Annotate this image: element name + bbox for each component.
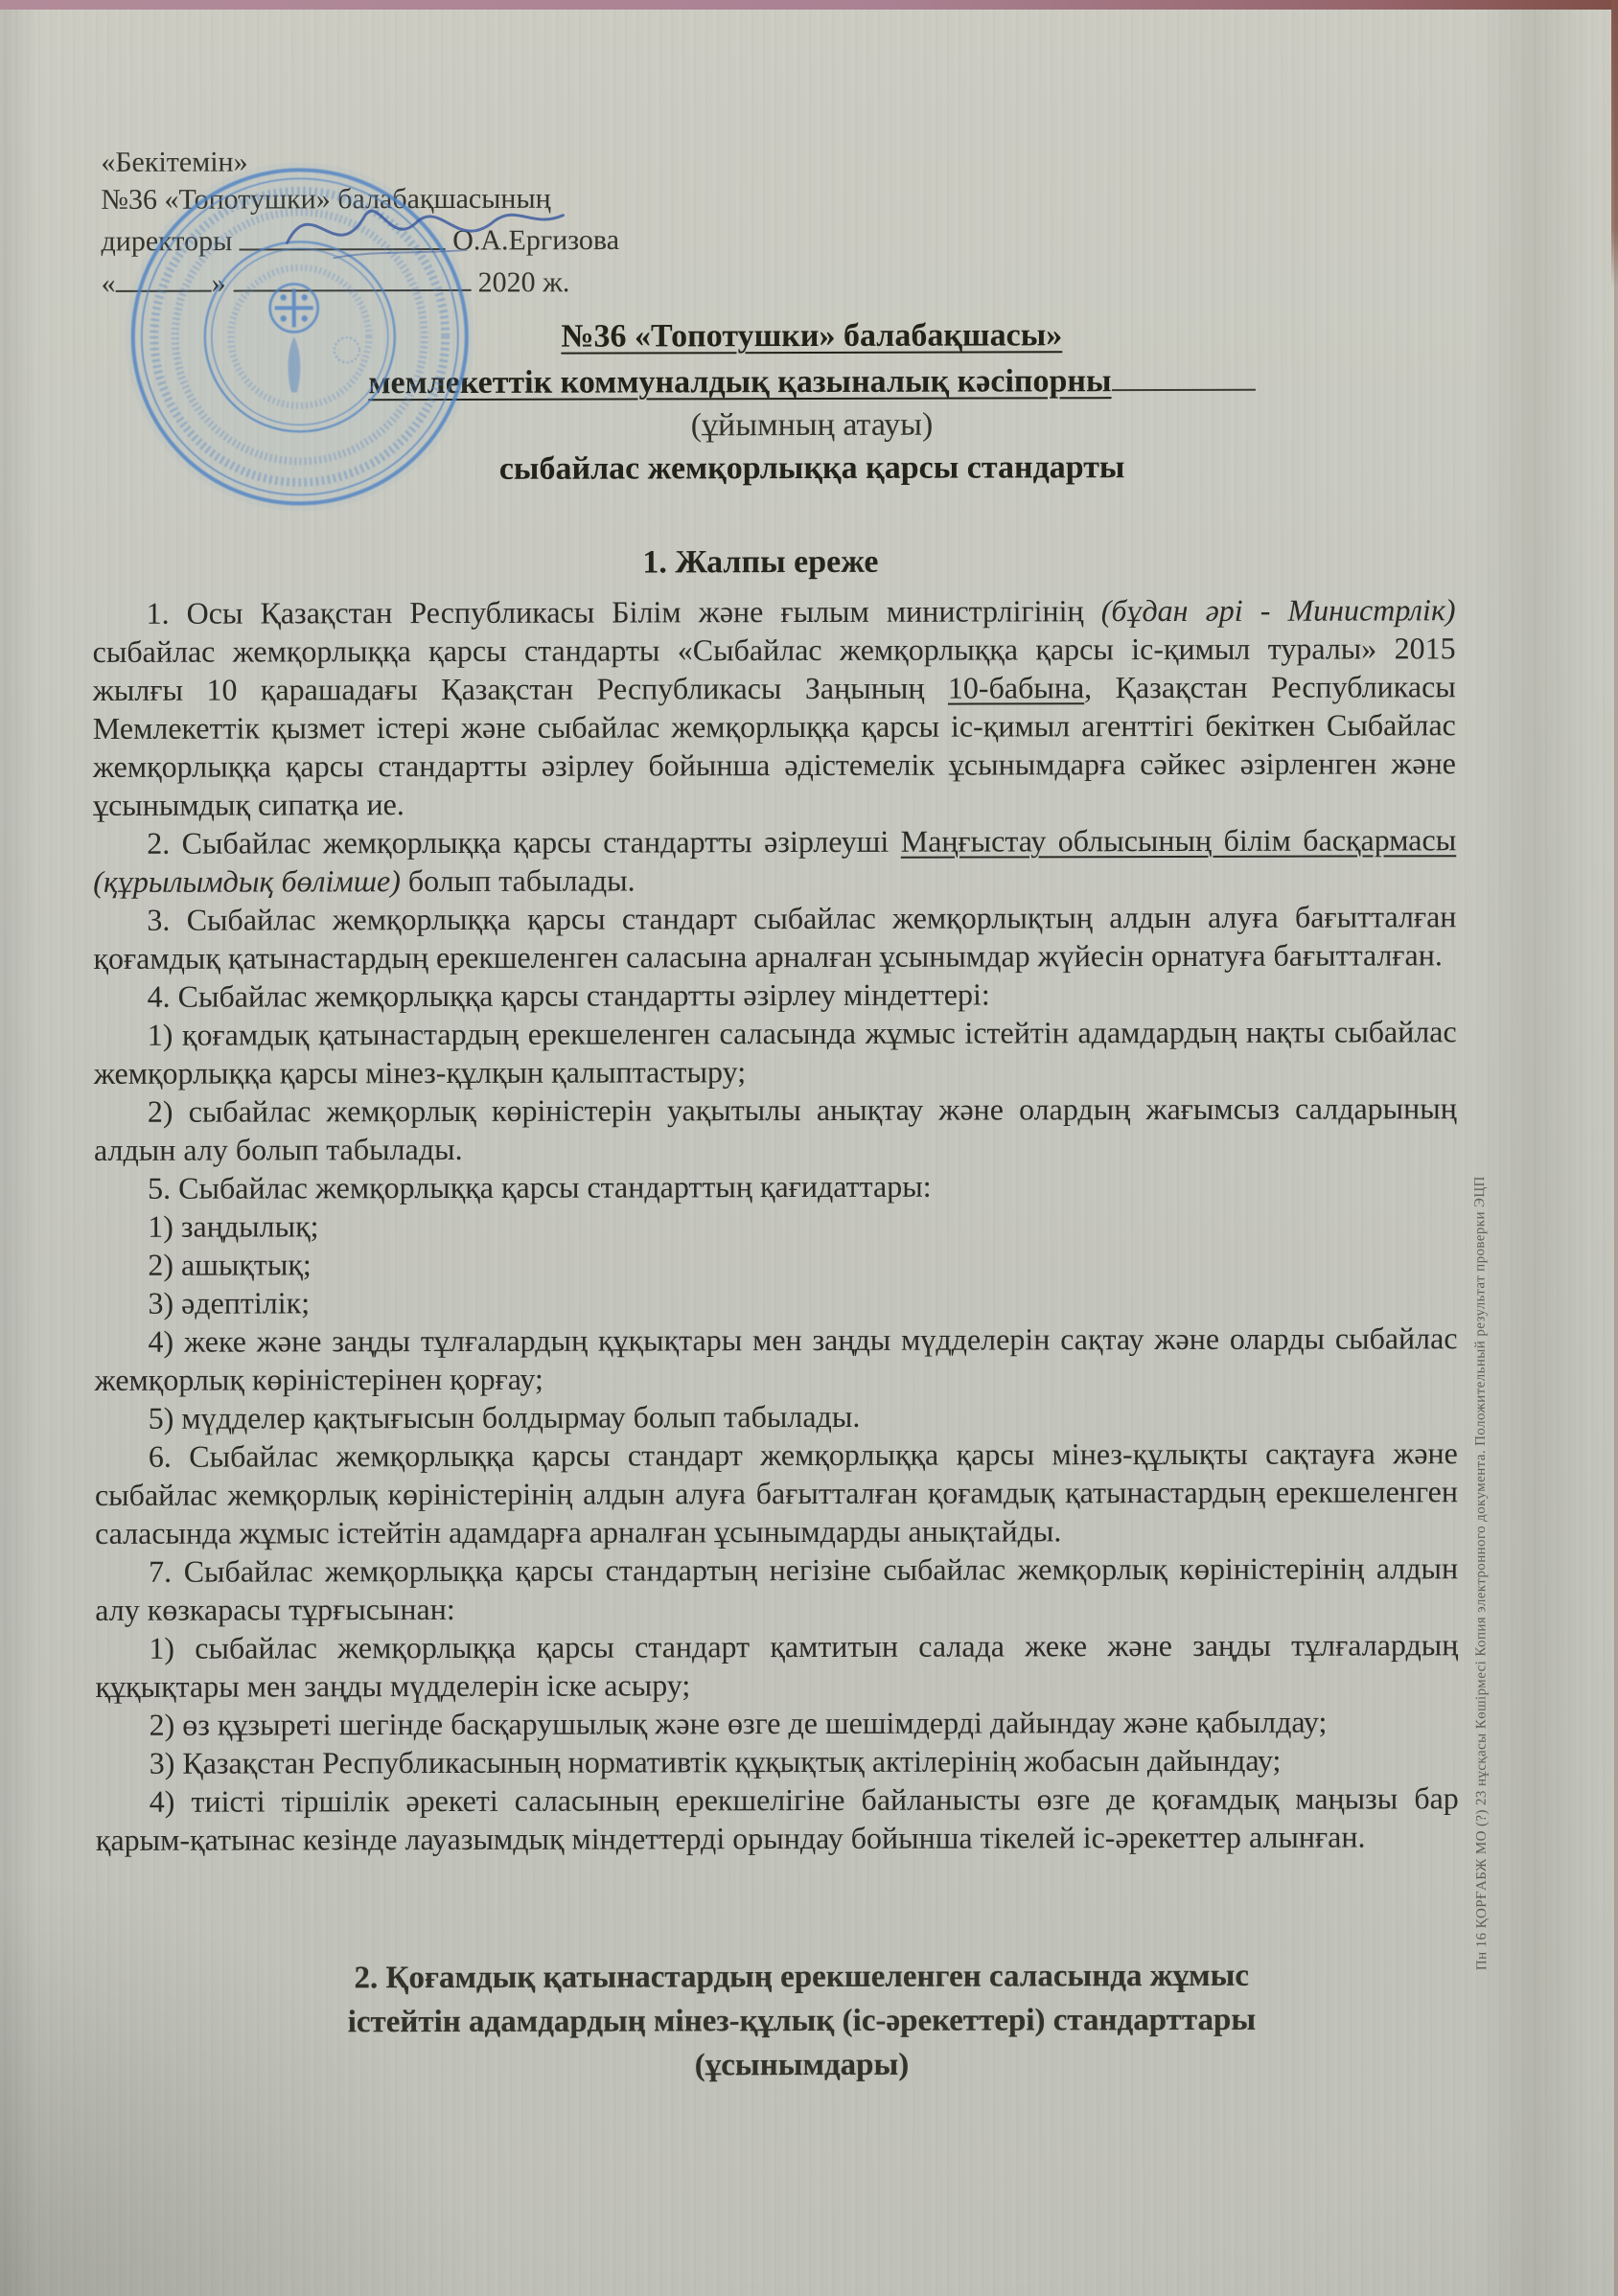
- paragraph-14: 7. Сыбайлас жемқорлыққа қарсы стандартың…: [95, 1549, 1458, 1629]
- text-segment: 10-бабына: [948, 670, 1084, 704]
- text-segment: 4. Сыбайлас жемқорлыққа қарсы стандартты…: [148, 977, 990, 1014]
- paragraph-11: 4) жеке және заңды тұлғалардың құқықтары…: [94, 1319, 1457, 1399]
- paragraph-18: 4) тиісті тіршілік әрекеті саласының ере…: [96, 1779, 1459, 1859]
- text-segment: 2. Сыбайлас жемқорлыққа қарсы стандартты…: [147, 824, 901, 861]
- text-segment: 1) сыбайлас жемқорлыққа қарсы стандарт қ…: [95, 1627, 1458, 1704]
- paragraph-12: 5) мүдделер қақтығысын болдырмау болып т…: [95, 1395, 1458, 1437]
- section2-heading-line-1: 2. Қоғамдық қатынастардың ерекшеленген с…: [184, 1953, 1419, 2000]
- approval-block: «Бекітемін» №36 «Топотушки» балабақшасын…: [101, 143, 619, 302]
- paragraph-17: 3) Қазақстан Республикасының нормативтік…: [96, 1740, 1459, 1782]
- paragraph-6: 2) сыбайлас жемқорлық көріністерін уақыт…: [94, 1089, 1457, 1169]
- section2-heading-line-2: істейтін адамдардың мінез-құлық (іс-әрек…: [184, 1997, 1419, 2044]
- paragraph-10: 3) әдептілік;: [94, 1280, 1457, 1322]
- text-segment: 3. Сыбайлас жемқорлыққа қарсы стандарт с…: [93, 899, 1456, 976]
- paragraph-9: 2) ашықтық;: [94, 1242, 1457, 1284]
- text-segment: 4) тиісті тіршілік әрекеті саласының ере…: [96, 1780, 1459, 1857]
- director-name: О.А.Ергизова: [452, 224, 619, 256]
- paragraph-2: 2. Сыбайлас жемқорлыққа қарсы стандартты…: [93, 820, 1456, 901]
- title-line-4: сыбайлас жемқорлыққа қарсы стандарты: [151, 445, 1472, 492]
- text-segment: (бұдан әрі - Министрлік): [1101, 592, 1456, 628]
- paragraph-5: 1) қоғамдық қатынастардың ерекшеленген с…: [94, 1012, 1457, 1092]
- date-day-blank: [116, 260, 212, 292]
- text-segment: 1) заңдылық;: [148, 1208, 318, 1243]
- title-line-3: (ұйымның атауы): [151, 402, 1472, 448]
- approval-line-1: «Бекітемін»: [101, 143, 619, 181]
- text-segment: 2) ашықтық;: [148, 1247, 312, 1281]
- text-segment: 4) жеке және заңды тұлғалардың құқықтары…: [95, 1320, 1458, 1397]
- text-segment: 6. Сыбайлас жемқорлыққа қарсы стандарт ж…: [95, 1435, 1458, 1550]
- title-underline-extension: [1111, 356, 1255, 391]
- paragraph-16: 2) өз құзыреті шегінде басқарушылық және…: [96, 1702, 1459, 1744]
- title-line-2: мемлекеттік коммуналдық қазыналық кәсіпо…: [151, 356, 1472, 405]
- date-month-blank: [233, 259, 471, 291]
- text-segment: 5) мүдделер қақтығысын болдырмау болып т…: [149, 1399, 861, 1435]
- text-segment: 7. Сыбайлас жемқорлыққа қарсы стандартың…: [95, 1550, 1458, 1627]
- director-label: директоры: [101, 225, 232, 257]
- body-paragraphs: 1. Осы Қазақстан Республикасы Білім және…: [92, 590, 1458, 1859]
- paragraph-1: 1. Осы Қазақстан Республикасы Білім және…: [92, 590, 1456, 824]
- approval-line-2: №36 «Топотушки» балабақшасының: [101, 180, 619, 218]
- text-segment: Маңғыстау облысының білім басқармасы: [901, 822, 1457, 859]
- year-label: 2020 ж.: [478, 266, 570, 298]
- approval-line-4: «» 2020 ж.: [102, 259, 620, 302]
- digital-signature-margin-note: Пн 16 ҚОРҒАБЖ МО (?) 23 нұсқасы Көшірмес…: [1472, 1176, 1491, 1970]
- signature-blank: [240, 218, 446, 250]
- paragraph-3: 3. Сыбайлас жемқорлыққа қарсы стандарт с…: [93, 897, 1456, 977]
- paragraph-13: 6. Сыбайлас жемқорлыққа қарсы стандарт ж…: [95, 1434, 1458, 1552]
- scanned-document-page: «Бекітемін» №36 «Топотушки» балабақшасын…: [0, 0, 1618, 2296]
- text-segment: (құрылымдық бөлімше): [93, 863, 401, 899]
- text-segment: 5. Сыбайлас жемқорлыққа қарсы стандартты…: [148, 1169, 932, 1205]
- quote-close: »: [212, 267, 226, 299]
- approval-line-3: директоры О.А.Ергизова: [101, 218, 619, 261]
- quote-open: «: [102, 267, 116, 299]
- paragraph-4: 4. Сыбайлас жемқорлыққа қарсы стандартты…: [94, 974, 1457, 1016]
- text-segment: болып табылады.: [401, 862, 636, 898]
- text-segment: 1) қоғамдық қатынастардың ерекшеленген с…: [94, 1014, 1457, 1091]
- text-segment: 2) сыбайлас жемқорлық көріністерін уақыт…: [94, 1091, 1457, 1167]
- paragraph-8: 1) заңдылық;: [94, 1204, 1457, 1246]
- text-segment: 3) әдептілік;: [148, 1285, 310, 1320]
- title-line-1: №36 «Топотушки» балабақшасы»: [151, 312, 1472, 359]
- document-title-block: №36 «Топотушки» балабақшасы» мемлекеттік…: [151, 312, 1472, 492]
- section2-heading-line-3: (ұсынымдары): [184, 2041, 1419, 2088]
- text-segment: 2) өз құзыреті шегінде басқарушылық және…: [150, 1705, 1328, 1742]
- paragraph-15: 1) сыбайлас жемқорлыққа қарсы стандарт қ…: [95, 1625, 1458, 1706]
- section1-heading: 1. Жалпы ереже: [0, 542, 1522, 583]
- text-segment: 1. Осы Қазақстан Республикасы Білім және…: [146, 593, 1100, 631]
- text-segment: 3) Қазақстан Республикасының нормативтік…: [150, 1743, 1282, 1780]
- section2-heading: 2. Қоғамдық қатынастардың ерекшеленген с…: [184, 1953, 1419, 2088]
- document-content: «Бекітемін» №36 «Топотушки» балабақшасын…: [0, 0, 1618, 2296]
- paragraph-7: 5. Сыбайлас жемқорлыққа қарсы стандартты…: [94, 1165, 1457, 1207]
